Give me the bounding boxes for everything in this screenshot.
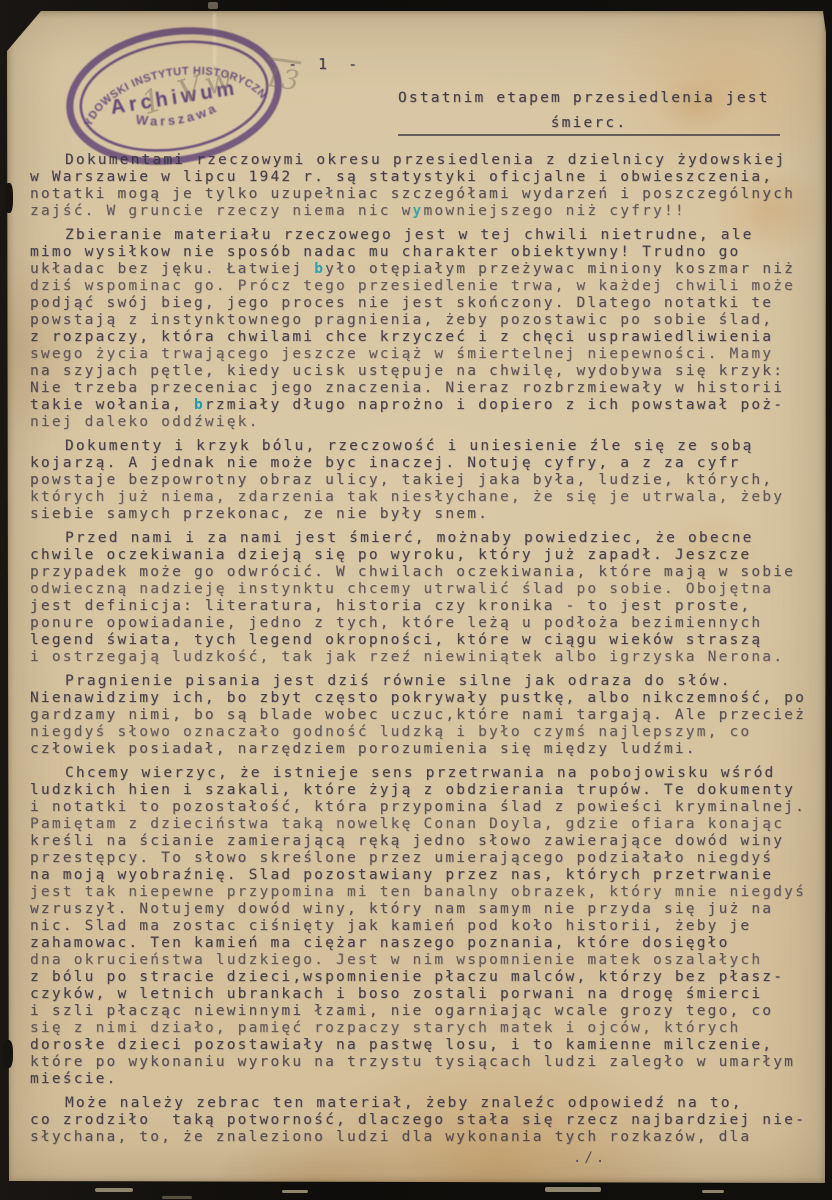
typewritten-text: Nie trzeba przeceniac jego znaczenia. Ni… [30, 380, 784, 396]
typewritten-text: Może należy zebrac ten materiał, żeby zn… [65, 1095, 743, 1111]
typewritten-text: niegdyś słowo oznaczało godność ludzką i… [30, 724, 751, 740]
text-line: dziś wspominac go. Prócz tego przesiedle… [30, 278, 820, 295]
handwritten-correction: y [413, 203, 424, 219]
text-line: i ostrzegają ludzkość, tak jak rzeź niew… [30, 649, 820, 666]
text-line: zahamowac. Ten kamień ma ciężar naszego … [30, 935, 820, 952]
typewritten-text: Chcemy wierzyc, że istnieje sens przetrw… [65, 765, 775, 781]
text-line: powstają z instynktownego pragnienia, że… [30, 312, 820, 329]
typewritten-text: których już niema, zdarzenia tak niesłyc… [30, 489, 784, 505]
text-line: kreśli na ścianie zamierającą ręką jedno… [30, 833, 820, 850]
paragraph: Chcemy wierzyc, że istnieje sens przetrw… [30, 765, 820, 1088]
typewritten-text: kojarzą. A jednak nie może byc inaczej. … [30, 455, 740, 471]
typewritten-text: dziś wspominac go. Prócz tego przesiedle… [30, 278, 795, 294]
typewritten-text: odwieczną nadzieję instynktu chcemy utrw… [30, 581, 773, 597]
text-line: i notatki to pozostałość, która przypomi… [30, 799, 820, 816]
typewritten-text: zahamowac. Ten kamień ma ciężar naszego … [30, 935, 730, 951]
text-line: przypadek może go odwrócić. W chwilach o… [30, 564, 820, 581]
typewritten-text: Nienawidzimy ich, bo zbyt często pokrywa… [30, 690, 806, 706]
typewritten-text: jest definicja: literatura, historia czy… [30, 598, 751, 614]
text-line: na moją wyobraźnię. Slad pozostawiany pr… [30, 867, 820, 884]
typewritten-text: słychana, to, że znaleziono ludzi dla wy… [30, 1129, 751, 1145]
text-line: Pragnienie pisania jest dziś równie siln… [30, 673, 820, 690]
continuation-mark: ./. [573, 1150, 607, 1166]
handwritten-correction: b [194, 397, 205, 413]
typewritten-text: Pamiętam z dzieciństwa taką nowelkę Cona… [30, 816, 784, 832]
text-line: Dokumenty i krzyk bólu, rzeczowość i uni… [30, 438, 820, 455]
scan-edge-blob [5, 183, 13, 213]
text-line: niej daleko oddźwięk. [30, 414, 820, 431]
typewritten-text: notatki mogą je tylko uzupełniac szczegó… [30, 186, 795, 202]
text-line: człowiek posiadał, narzędziem porozumien… [30, 741, 820, 758]
text-line: Dokumentami rzeczowymi okresu przesiedle… [30, 152, 820, 169]
text-line: chwile oczekiwania dzieją się po wyroku,… [30, 547, 820, 564]
paragraph: Zbieranie materiału rzeczowego jest w te… [30, 227, 820, 431]
document-title: Ostatnim etapem przesiedlenia jest śmier… [398, 90, 780, 136]
text-line: się z nimi działo, pamięć rozpaczy stary… [30, 1020, 820, 1037]
text-line: jest tak niepewne przypomina mi ten bana… [30, 884, 820, 901]
typewritten-text: powstają z instynktownego pragnienia, że… [30, 312, 773, 328]
typewritten-text: Dokumentami rzeczowymi okresu przesiedle… [65, 152, 786, 168]
title-line-1: Ostatnim etapem przesiedlenia jest [398, 90, 780, 106]
typewritten-text: czyków, w letnich ubrankach i boso zosta… [30, 986, 762, 1002]
text-line: odwieczną nadzieję instynktu chcemy utrw… [30, 581, 820, 598]
typewritten-text: Zbieranie materiału rzeczowego jest w te… [65, 227, 754, 243]
text-line: mimo wysiłkow nie sposób nadac mu charak… [30, 244, 820, 261]
typewritten-text: dna okrucieństwa ludzkiego. Jest w nim w… [30, 952, 762, 968]
typewritten-text: Pragnienie pisania jest dziś równie siln… [65, 673, 732, 689]
text-line: notatki mogą je tylko uzupełniac szczegó… [30, 186, 820, 203]
text-line: ludzkich hien i szakali, które żyją z ob… [30, 782, 820, 799]
typewritten-text: z bólu po stracie dzieci,wspomnienie pła… [30, 969, 784, 985]
text-line: z bólu po stracie dzieci,wspomnienie pła… [30, 969, 820, 986]
typewritten-text: układac bez jęku. Łatwiej [30, 261, 314, 277]
typewritten-text: kreśli na ścianie zamierającą ręką jedno… [30, 833, 784, 849]
typewritten-text: Dokumenty i krzyk bólu, rzeczowość i uni… [65, 438, 754, 454]
typewritten-text: yło otępiałym przeżywac miniony koszmar … [325, 261, 795, 277]
typewritten-text: w Warszawie w lipcu 1942 r. są statystyk… [30, 169, 773, 185]
text-line: Nie trzeba przeceniac jego znaczenia. Ni… [30, 380, 820, 397]
typewritten-text: Przed nami i za nami jest śmierć, możnab… [65, 530, 754, 546]
typewritten-text: siebie samych przekonac, ze nie były sne… [30, 506, 489, 522]
scan-edge-blob [3, 1040, 13, 1068]
typewritten-text: i ostrzegają ludzkość, tak jak rzeź niew… [30, 649, 784, 665]
typewritten-text: niej daleko oddźwięk. [30, 414, 260, 430]
text-line: słychana, to, że znaleziono ludzi dla wy… [30, 1129, 820, 1146]
paragraph: Dokumentami rzeczowymi okresu przesiedle… [30, 152, 820, 220]
handwritten-correction: b [314, 261, 325, 277]
text-line: czyków, w letnich ubrankach i boso zosta… [30, 986, 820, 1003]
typewritten-text: przestępcy. To słowo skreślone przez umi… [30, 850, 773, 866]
paper-sheet: ŻYDOWSKI INSTYTUT HISTORYCZNY Archiwum W… [7, 11, 826, 1183]
paragraph: Może należy zebrac ten materiał, żeby zn… [30, 1095, 820, 1146]
typewritten-text: które po wykonaniu wyroku na trzystu tys… [30, 1054, 795, 1070]
scanned-document-page: { "page": { "page_number": "- 1 -", "foo… [0, 0, 832, 1200]
typewritten-text: na szyjach pętle, kiedy ucisk ustępuje n… [30, 363, 784, 379]
typewritten-text: mimo wysiłkow nie sposób nadac mu charak… [30, 244, 740, 260]
scan-band-mark [702, 1190, 724, 1193]
text-line: w Warszawie w lipcu 1942 r. są statystyk… [30, 169, 820, 186]
typewritten-text: ludzkich hien i szakali, które żyją z ob… [30, 782, 795, 798]
text-line: swego życia trwającego jeszcze wciąż w ś… [30, 346, 820, 363]
typewritten-text: gardzamy nimi, bo są blade wobec uczuc,k… [30, 707, 806, 723]
text-line: Przed nami i za nami jest śmierć, możnab… [30, 530, 820, 547]
text-line: Chcemy wierzyc, że istnieje sens przetrw… [30, 765, 820, 782]
text-line: siebie samych przekonac, ze nie były sne… [30, 506, 820, 523]
typewritten-text: się z nimi działo, pamięć rozpaczy stary… [30, 1020, 740, 1036]
paragraph: Przed nami i za nami jest śmierć, możnab… [30, 530, 820, 666]
typewritten-text: na moją wyobraźnię. Slad pozostawiany pr… [30, 867, 773, 883]
text-line: dna okrucieństwa ludzkiego. Jest w nim w… [30, 952, 820, 969]
text-line: wzruszył. Notujemy dowód winy, który nam… [30, 901, 820, 918]
text-line: dorosłe dzieci pozostawiały na pastwę lo… [30, 1037, 820, 1054]
typewritten-text: swego życia trwającego jeszcze wciąż w ś… [30, 346, 773, 362]
typewritten-text: podjąć swój bieg, jego proces nie jest s… [30, 295, 773, 311]
text-line: legend świata, tych legend okropności, k… [30, 632, 820, 649]
scan-band-mark [208, 2, 218, 9]
text-line: Pamiętam z dzieciństwa taką nowelkę Cona… [30, 816, 820, 833]
text-line: Nienawidzimy ich, bo zbyt często pokrywa… [30, 690, 820, 707]
scan-band-mark [282, 1190, 308, 1193]
text-line: powstaje bezpowrotny obraz ulicy, takiej… [30, 472, 820, 489]
typewritten-text: wzruszył. Notujemy dowód winy, który nam… [30, 901, 773, 917]
text-line: układac bez jęku. Łatwiej było otępiałym… [30, 261, 820, 278]
typewritten-text: co zrodziło taką potworność, dlaczego st… [30, 1112, 806, 1128]
scan-band-mark [545, 1187, 601, 1192]
typewritten-text: i notatki to pozostałość, która przypomi… [30, 799, 806, 815]
typewritten-text: mowniejszego niż cyfry!! [423, 203, 685, 219]
paragraph: Pragnienie pisania jest dziś równie siln… [30, 673, 820, 758]
typewritten-text: chwile oczekiwania dzieją się po wyroku,… [30, 547, 751, 563]
text-line: na szyjach pętle, kiedy ucisk ustępuje n… [30, 363, 820, 380]
text-line: Może należy zebrac ten materiał, żeby zn… [30, 1095, 820, 1112]
text-line: co zrodziło taką potworność, dlaczego st… [30, 1112, 820, 1129]
text-line: z rozpaczy, która chwilami chce krzyczeć… [30, 329, 820, 346]
scan-band-mark [95, 1188, 133, 1192]
title-line-2: śmierc. [398, 115, 780, 131]
text-line: których już niema, zdarzenia tak niesłyc… [30, 489, 820, 506]
page-number: - 1 - [288, 55, 363, 73]
text-line: kojarzą. A jednak nie może byc inaczej. … [30, 455, 820, 472]
paragraph: Dokumenty i krzyk bólu, rzeczowość i uni… [30, 438, 820, 523]
text-line: ponure opowiadanie, jedno z tych, które … [30, 615, 820, 632]
text-line: przestępcy. To słowo skreślone przez umi… [30, 850, 820, 867]
scan-band-mark [162, 1196, 192, 1199]
text-line: jest definicja: literatura, historia czy… [30, 598, 820, 615]
title-underline [398, 134, 780, 136]
body-text: Dokumentami rzeczowymi okresu przesiedle… [30, 152, 820, 1153]
typewritten-text: przypadek może go odwrócić. W chwilach o… [30, 564, 795, 580]
text-line: i szli płacząc niewinnymi łzami, nie oga… [30, 1003, 820, 1020]
text-line: Zbieranie materiału rzeczowego jest w te… [30, 227, 820, 244]
text-line: zajść. W gruncie rzeczy niema nic wymown… [30, 203, 820, 220]
typewritten-text: zajść. W gruncie rzeczy niema nic w [30, 203, 413, 219]
typewritten-text: z rozpaczy, która chwilami chce krzyczeć… [30, 329, 773, 345]
text-line: podjąć swój bieg, jego proces nie jest s… [30, 295, 820, 312]
typewritten-text: powstaje bezpowrotny obraz ulicy, takiej… [30, 472, 773, 488]
text-line: takie wołania, brzmiały długo naprożno i… [30, 397, 820, 414]
text-line: mieście. [30, 1071, 820, 1088]
typewritten-text: jest tak niepewne przypomina mi ten bana… [30, 884, 806, 900]
typewritten-text: ponure opowiadanie, jedno z tych, które … [30, 615, 762, 631]
typewritten-text: nic. Slad ma zostac ciśnięty jak kamień … [30, 918, 751, 934]
typewritten-text: mieście. [30, 1071, 117, 1087]
typewritten-text: rzmiały długo naprożno i dopiero z ich p… [205, 397, 784, 413]
text-line: niegdyś słowo oznaczało godność ludzką i… [30, 724, 820, 741]
text-line: gardzamy nimi, bo są blade wobec uczuc,k… [30, 707, 820, 724]
text-line: nic. Slad ma zostac ciśnięty jak kamień … [30, 918, 820, 935]
typewritten-text: legend świata, tych legend okropności, k… [30, 632, 762, 648]
typewritten-text: i szli płacząc niewinnymi łzami, nie oga… [30, 1003, 773, 1019]
typewritten-text: dorosłe dzieci pozostawiały na pastwę lo… [30, 1037, 773, 1053]
typewritten-text: takie wołania, [30, 397, 194, 413]
text-line: które po wykonaniu wyroku na trzystu tys… [30, 1054, 820, 1071]
typewritten-text: człowiek posiadał, narzędziem porozumien… [30, 741, 697, 757]
